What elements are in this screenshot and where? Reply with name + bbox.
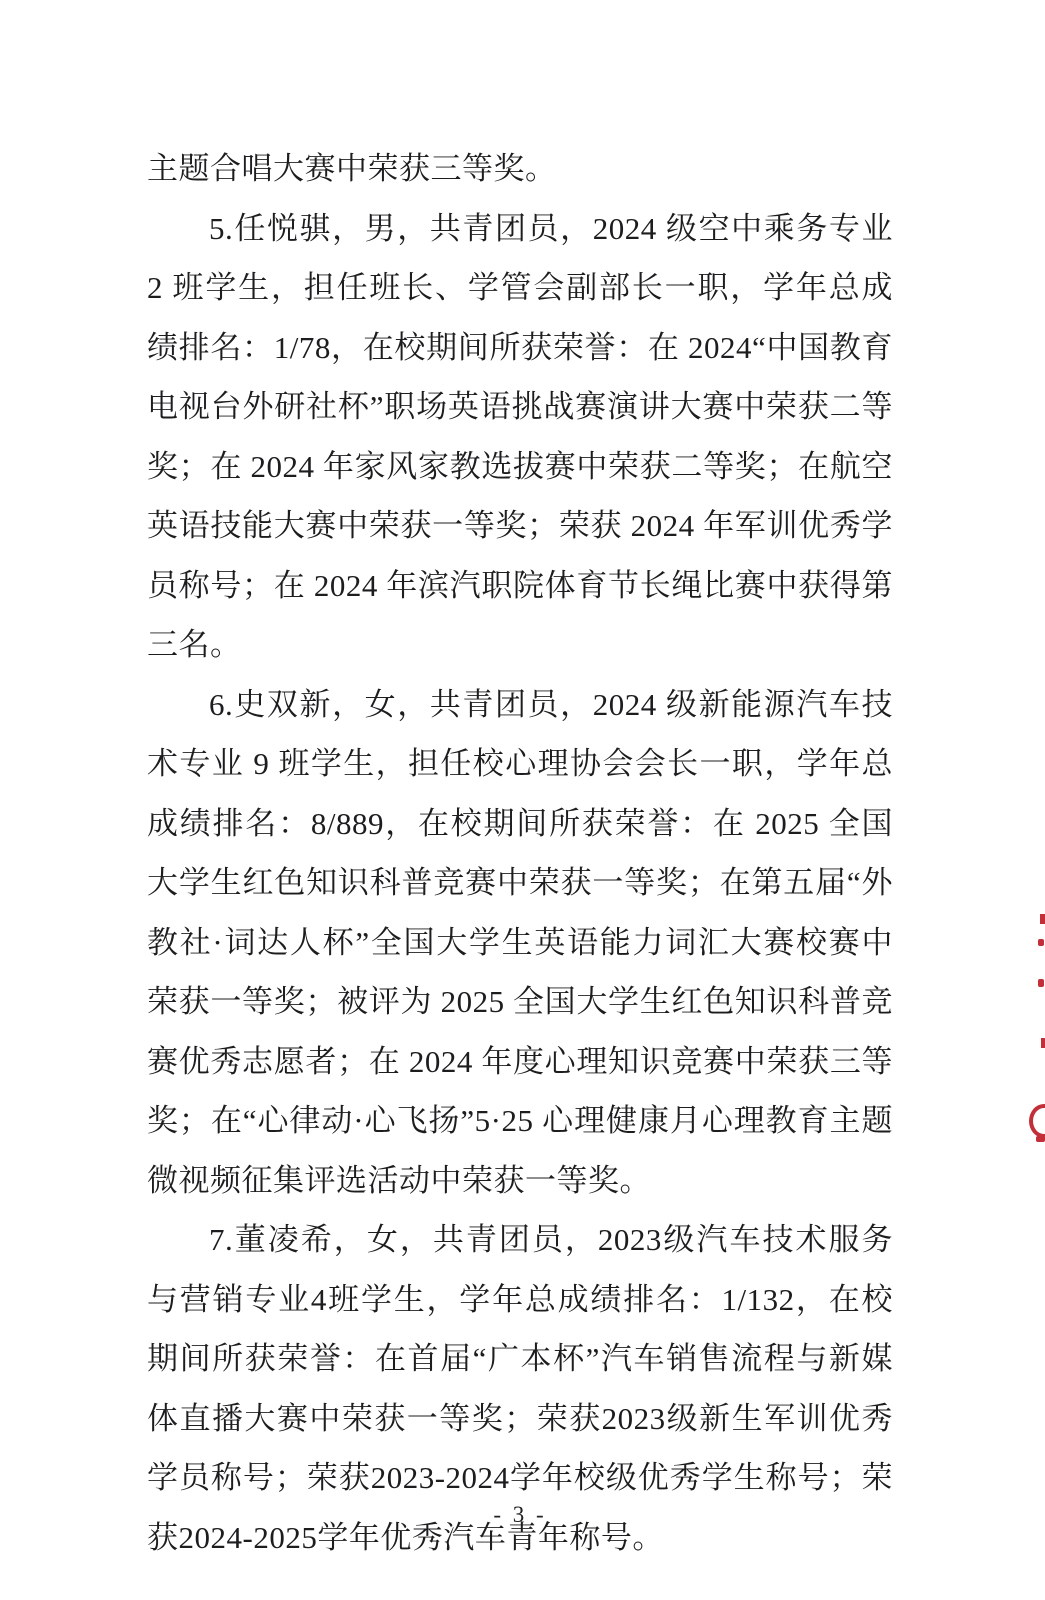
red-ink-dot-icon: [1038, 939, 1044, 946]
document-body: 主题合唱大赛中荣获三等奖。 5.任悦骐，男，共青团员，2024 级空中乘务专业 …: [147, 139, 893, 1567]
red-ink-dot-icon: [1038, 979, 1044, 987]
red-ink-dash-icon: [1041, 1038, 1045, 1048]
document-page: 主题合唱大赛中荣获三等奖。 5.任悦骐，男，共青团员，2024 级空中乘务专业 …: [0, 0, 1045, 1600]
paragraph-student-5: 5.任悦骐，男，共青团员，2024 级空中乘务专业 2 班学生，担任班长、学管会…: [147, 199, 893, 675]
red-ink-dash-icon: [1040, 914, 1045, 924]
paragraph-continuation: 主题合唱大赛中荣获三等奖。: [147, 139, 893, 199]
red-ink-glyph-icon: [1029, 1104, 1045, 1138]
red-ink-dot-icon: [1036, 1136, 1045, 1142]
page-number: - 3 -: [147, 1502, 893, 1528]
paragraph-student-6: 6.史双新，女，共青团员，2024 级新能源汽车技术专业 9 班学生，担任校心理…: [147, 675, 893, 1211]
